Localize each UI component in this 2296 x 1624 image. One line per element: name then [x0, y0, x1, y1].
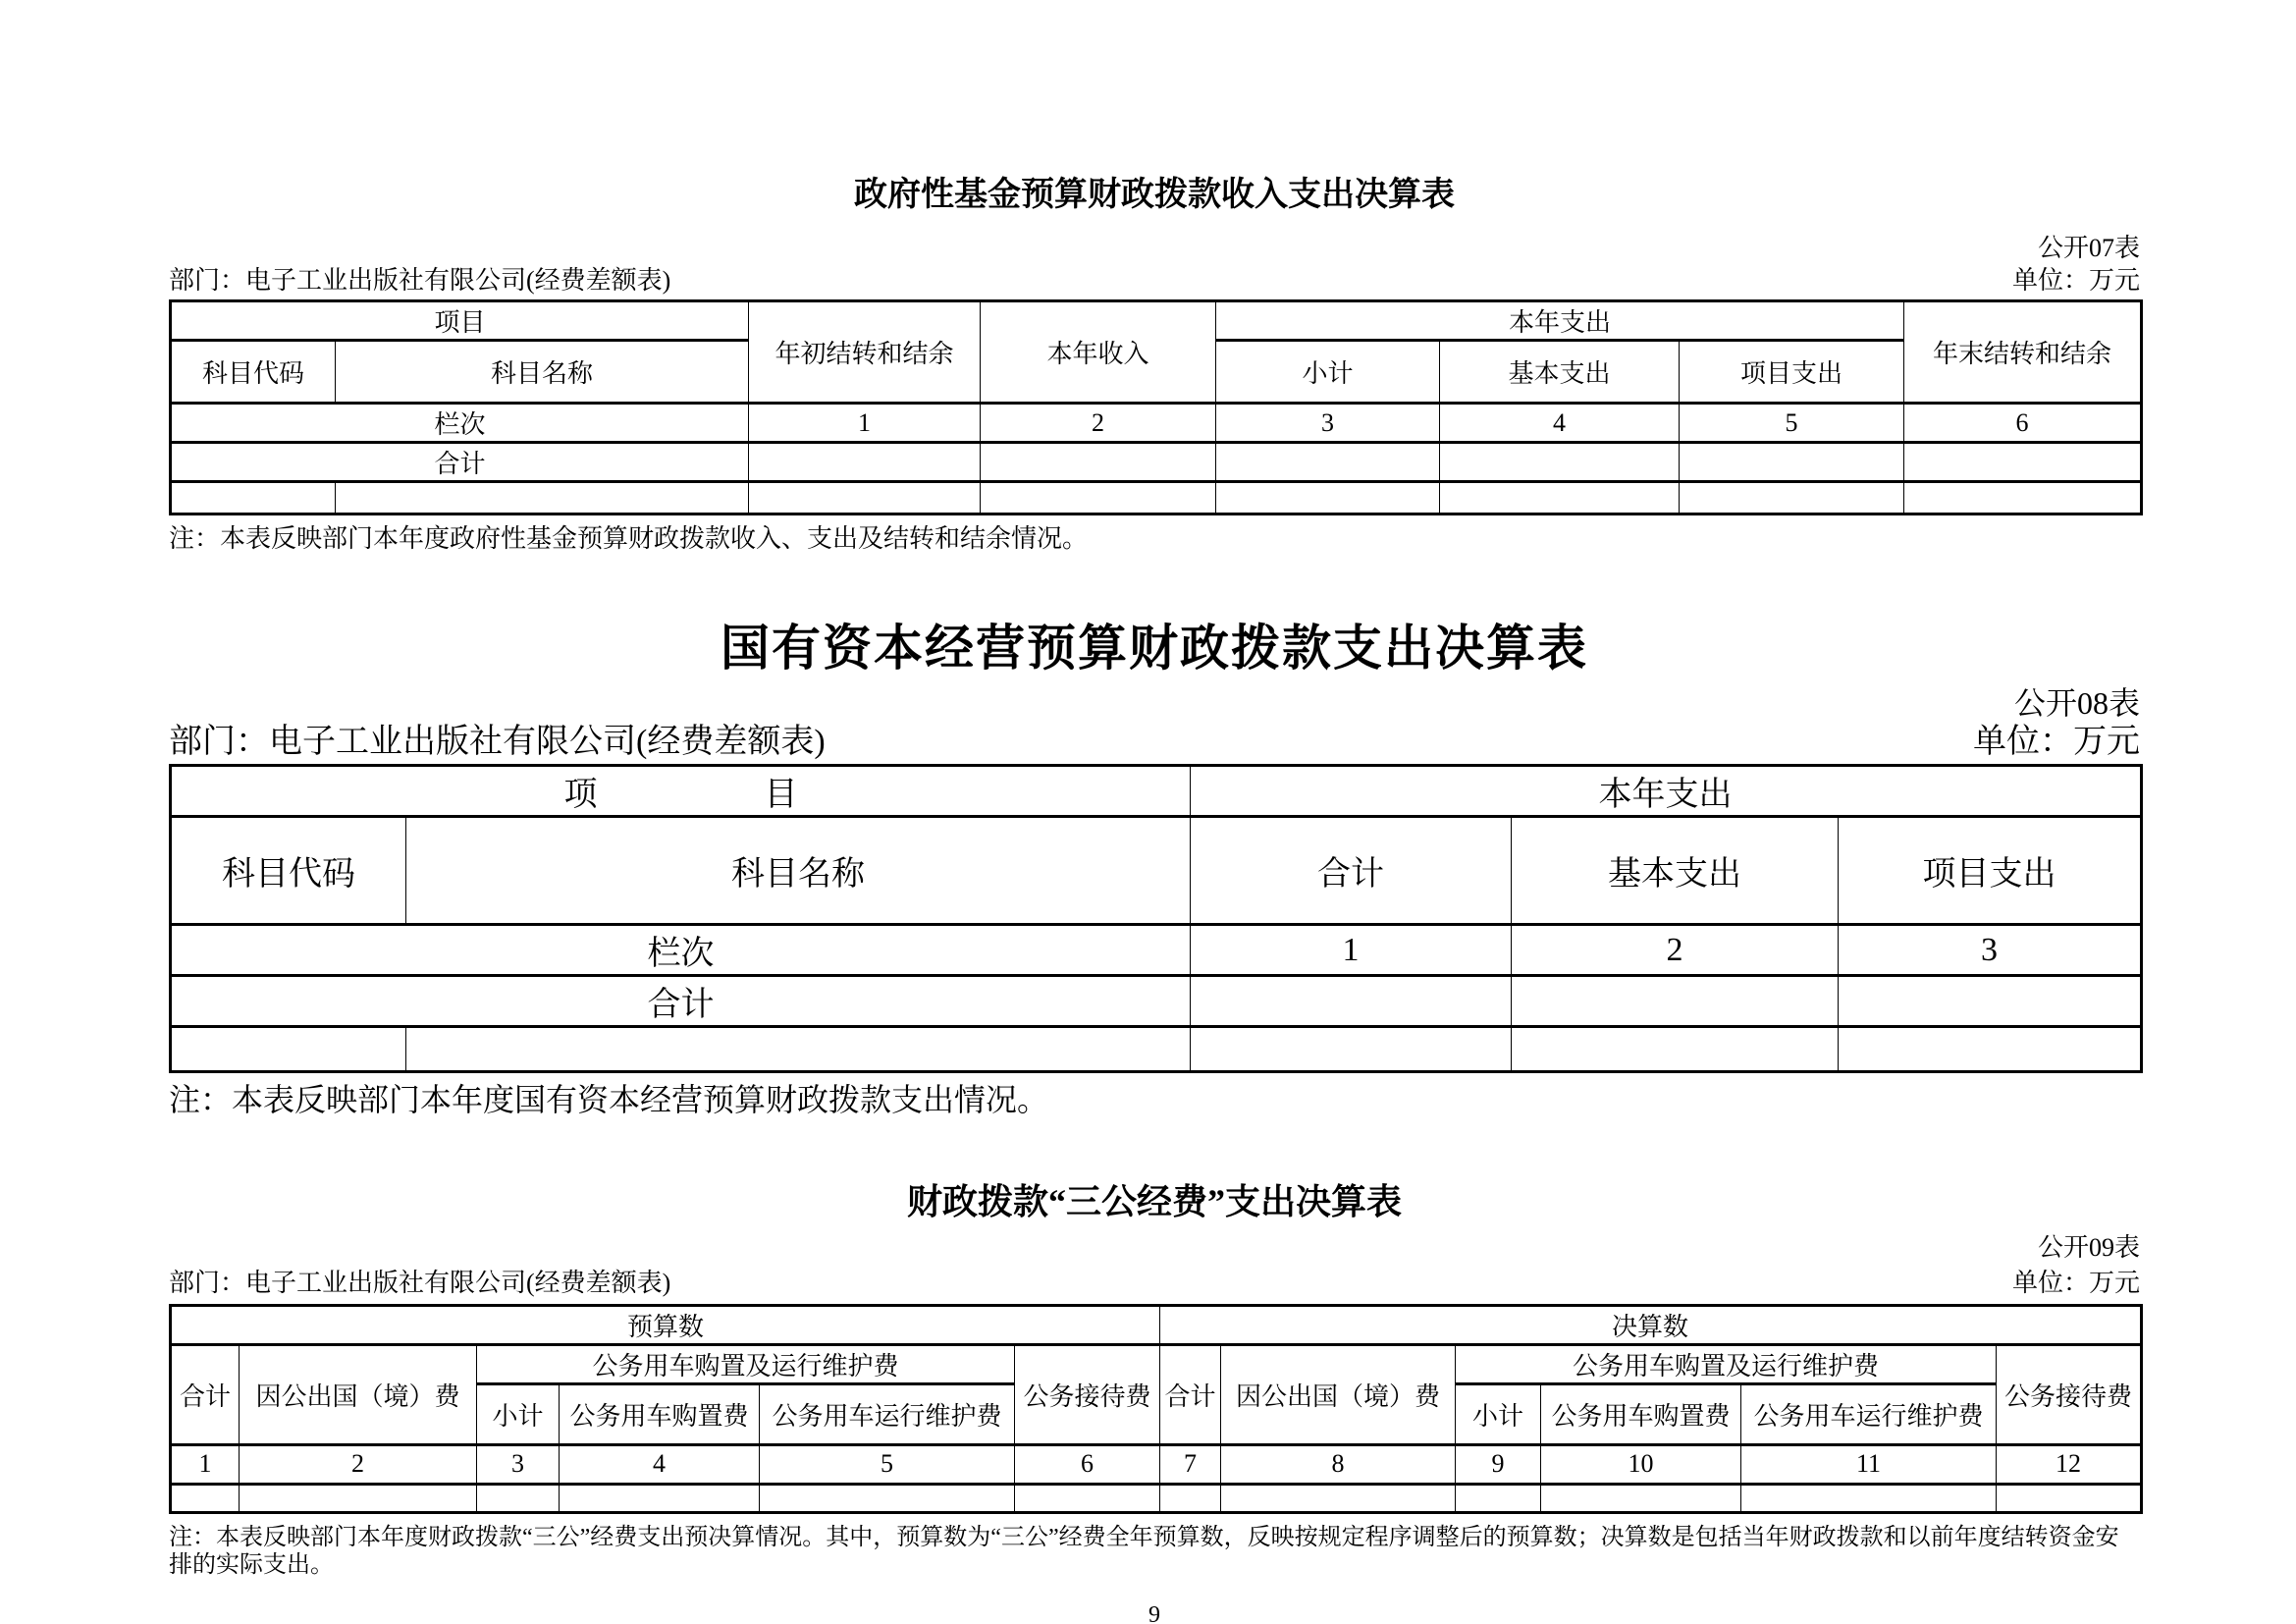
empty-data-cell [760, 1484, 1015, 1512]
header-total-budget: 合计 [171, 1344, 240, 1444]
gov-fund-title: 政府性基金预算财政拨款收入支出决算表 [169, 178, 2140, 213]
column-number-row: 1 2 3 4 5 6 7 8 9 10 11 12 [171, 1444, 2142, 1484]
header-vehicle-maintain-final: 公务用车运行维护费 [1741, 1383, 1997, 1444]
state-capital-section: 国有资本经营预算财政拨款支出决算表 公开08表 部门：电子工业出版社有限公司(经… [169, 623, 2140, 1118]
empty-data-cell [1456, 1484, 1541, 1512]
column-number-row: 栏次 1 2 3 4 5 6 [171, 404, 2142, 443]
header-row: 合计 因公出国（境）费 公务用车购置及运行维护费 公务接待费 合计 因公出国（境… [171, 1344, 2142, 1383]
empty-data-cell [477, 1484, 560, 1512]
page-number: 9 [169, 1602, 2140, 1624]
header-final-group: 决算数 [1160, 1305, 2142, 1344]
header-abroad-final: 因公出国（境）费 [1221, 1344, 1456, 1444]
gov-fund-table-tag: 公开07表 [169, 235, 2140, 263]
column-number-row: 栏次 1 2 3 [171, 925, 2142, 976]
column-number-cell: 11 [1741, 1444, 1997, 1484]
header-item-group: 项 目 [171, 766, 1191, 817]
gov-fund-section: 政府性基金预算财政拨款收入支出决算表 公开07表 部门：电子工业出版社有限公司(… [169, 178, 2140, 554]
empty-data-cell [336, 482, 749, 514]
state-capital-meta-row: 部门：电子工业出版社有限公司(经费差额表) 单位：万元 [169, 723, 2140, 761]
header-vehicle-group-budget: 公务用车购置及运行维护费 [477, 1344, 1015, 1383]
state-capital-table: 项 目 本年支出 科目代码 科目名称 合计 基本支出 项目支出 栏次 1 2 3… [169, 764, 2143, 1073]
header-reception-final: 公务接待费 [1997, 1344, 2142, 1444]
empty-data-cell [240, 1484, 477, 1512]
table-row [171, 482, 2142, 514]
empty-data-cell [749, 482, 981, 514]
header-year-income: 本年收入 [981, 301, 1216, 404]
column-number-cell: 7 [1160, 1444, 1221, 1484]
empty-data-cell [1741, 1484, 1997, 1512]
header-subject-code: 科目代码 [171, 341, 336, 404]
header-row: 科目代码 科目名称 合计 基本支出 项目支出 [171, 817, 2142, 925]
total-row: 合计 [171, 976, 2142, 1027]
empty-data-cell [1997, 1484, 2142, 1512]
total-row: 合计 [171, 443, 2142, 482]
header-subject-code: 科目代码 [171, 817, 406, 925]
header-begin-balance: 年初结转和结余 [749, 301, 981, 404]
column-number-cell: 2 [1512, 925, 1839, 976]
table-row [171, 1027, 2142, 1072]
column-number-cell: 1 [171, 1444, 240, 1484]
empty-data-cell [1440, 482, 1680, 514]
header-abroad-budget: 因公出国（境）费 [240, 1344, 477, 1444]
gov-fund-meta-row: 部门：电子工业出版社有限公司(经费差额表) 单位：万元 [169, 266, 2140, 296]
empty-data-cell [1680, 482, 1904, 514]
column-number-cell: 3 [477, 1444, 560, 1484]
header-vehicle-purchase-final: 公务用车购置费 [1541, 1383, 1741, 1444]
header-row: 项 目 本年支出 [171, 766, 2142, 817]
state-capital-table-tag: 公开08表 [169, 686, 2140, 721]
table-note: 注：本表反映部门本年度国有资本经营预算财政拨款支出情况。 [169, 1081, 2140, 1118]
column-number-cell: 10 [1541, 1444, 1741, 1484]
column-number-cell: 3 [1216, 404, 1440, 443]
header-vehicle-purchase-budget: 公务用车购置费 [560, 1383, 760, 1444]
empty-data-cell [981, 443, 1216, 482]
department-label: 部门：电子工业出版社有限公司(经费差额表) [169, 723, 826, 761]
header-total: 合计 [1191, 817, 1512, 925]
empty-data-cell [1015, 1484, 1160, 1512]
column-number-cell: 9 [1456, 1444, 1541, 1484]
header-subject-name: 科目名称 [406, 817, 1191, 925]
header-vehicle-maintain-budget: 公务用车运行维护费 [760, 1383, 1015, 1444]
column-number-cell: 6 [1015, 1444, 1160, 1484]
row-label-total: 合计 [171, 976, 1191, 1027]
table-note: 注：本表反映部门本年度政府性基金预算财政拨款收入、支出及结转和结余情况。 [169, 523, 2140, 554]
header-total-final: 合计 [1160, 1344, 1221, 1444]
empty-data-cell [1440, 443, 1680, 482]
empty-data-cell [1216, 482, 1440, 514]
unit-label: 单位：万元 [2012, 266, 2140, 296]
empty-data-cell [1160, 1484, 1221, 1512]
column-number-cell: 2 [981, 404, 1216, 443]
three-public-title: 财政拨款“三公经费”支出决算表 [169, 1184, 2140, 1221]
column-number-cell: 4 [1440, 404, 1680, 443]
empty-data-cell [171, 1484, 240, 1512]
header-project-expense: 项目支出 [1839, 817, 2142, 925]
empty-data-cell [560, 1484, 760, 1512]
column-number-cell: 12 [1997, 1444, 2142, 1484]
empty-data-cell [1512, 1027, 1839, 1072]
header-subtotal-budget: 小计 [477, 1383, 560, 1444]
gov-fund-table: 项目 年初结转和结余 本年收入 本年支出 年末结转和结余 科目代码 科目名称 小… [169, 299, 2143, 515]
header-vehicle-group-final: 公务用车购置及运行维护费 [1456, 1344, 1997, 1383]
page-content: 政府性基金预算财政拨款收入支出决算表 公开07表 部门：电子工业出版社有限公司(… [169, 0, 2140, 1624]
empty-data-cell [171, 1027, 406, 1072]
column-number-cell: 1 [749, 404, 981, 443]
row-label-total: 合计 [171, 443, 749, 482]
three-public-meta-row: 部门：电子工业出版社有限公司(经费差额表) 单位：万元 [169, 1269, 2140, 1298]
state-capital-title: 国有资本经营预算财政拨款支出决算表 [169, 623, 2140, 675]
department-label: 部门：电子工业出版社有限公司(经费差额表) [169, 1269, 670, 1298]
table-note: 注：本表反映部门本年度财政拨款“三公”经费支出预决算情况。其中，预算数为“三公”… [169, 1524, 2140, 1579]
empty-data-cell [1216, 443, 1440, 482]
empty-data-cell [1839, 1027, 2142, 1072]
header-row: 项目 年初结转和结余 本年收入 本年支出 年末结转和结余 [171, 301, 2142, 341]
empty-data-cell [406, 1027, 1191, 1072]
header-basic-expense: 基本支出 [1440, 341, 1680, 404]
column-number-cell: 2 [240, 1444, 477, 1484]
header-project-expense: 项目支出 [1680, 341, 1904, 404]
empty-data-cell [1839, 976, 2142, 1027]
header-year-expense: 本年支出 [1216, 301, 1904, 341]
empty-data-cell [1191, 976, 1512, 1027]
empty-data-cell [749, 443, 981, 482]
header-reception-budget: 公务接待费 [1015, 1344, 1160, 1444]
column-number-cell: 3 [1839, 925, 2142, 976]
empty-data-cell [1680, 443, 1904, 482]
empty-data-cell [1904, 443, 2142, 482]
column-number-cell: 5 [1680, 404, 1904, 443]
empty-data-cell [171, 482, 336, 514]
empty-data-cell [981, 482, 1216, 514]
document-page: { "page_number": "9", "sections": { "gov… [0, 0, 2296, 1624]
header-subject-name: 科目名称 [336, 341, 749, 404]
header-item-group: 项目 [171, 301, 749, 341]
three-public-table: 预算数 决算数 合计 因公出国（境）费 公务用车购置及运行维护费 公务接待费 合… [169, 1304, 2143, 1514]
unit-label: 单位：万元 [1973, 723, 2140, 761]
header-subtotal: 小计 [1216, 341, 1440, 404]
table-row [171, 1484, 2142, 1512]
empty-data-cell [1512, 976, 1839, 1027]
empty-data-cell [1541, 1484, 1741, 1512]
empty-data-cell [1904, 482, 2142, 514]
header-budget-group: 预算数 [171, 1305, 1160, 1344]
header-end-balance: 年末结转和结余 [1904, 301, 2142, 404]
three-public-section: 财政拨款“三公经费”支出决算表 公开09表 部门：电子工业出版社有限公司(经费差… [169, 1184, 2140, 1579]
empty-data-cell [1191, 1027, 1512, 1072]
column-number-cell: 8 [1221, 1444, 1456, 1484]
header-row: 预算数 决算数 [171, 1305, 2142, 1344]
unit-label: 单位：万元 [2012, 1269, 2140, 1298]
header-basic-expense: 基本支出 [1512, 817, 1839, 925]
department-label: 部门：电子工业出版社有限公司(经费差额表) [169, 266, 670, 296]
row-label-lanci: 栏次 [171, 404, 749, 443]
empty-data-cell [1221, 1484, 1456, 1512]
header-subtotal-final: 小计 [1456, 1383, 1541, 1444]
three-public-table-tag: 公开09表 [169, 1234, 2140, 1263]
column-number-cell: 5 [760, 1444, 1015, 1484]
column-number-cell: 6 [1904, 404, 2142, 443]
row-label-lanci: 栏次 [171, 925, 1191, 976]
column-number-cell: 1 [1191, 925, 1512, 976]
column-number-cell: 4 [560, 1444, 760, 1484]
header-year-expense: 本年支出 [1191, 766, 2142, 817]
